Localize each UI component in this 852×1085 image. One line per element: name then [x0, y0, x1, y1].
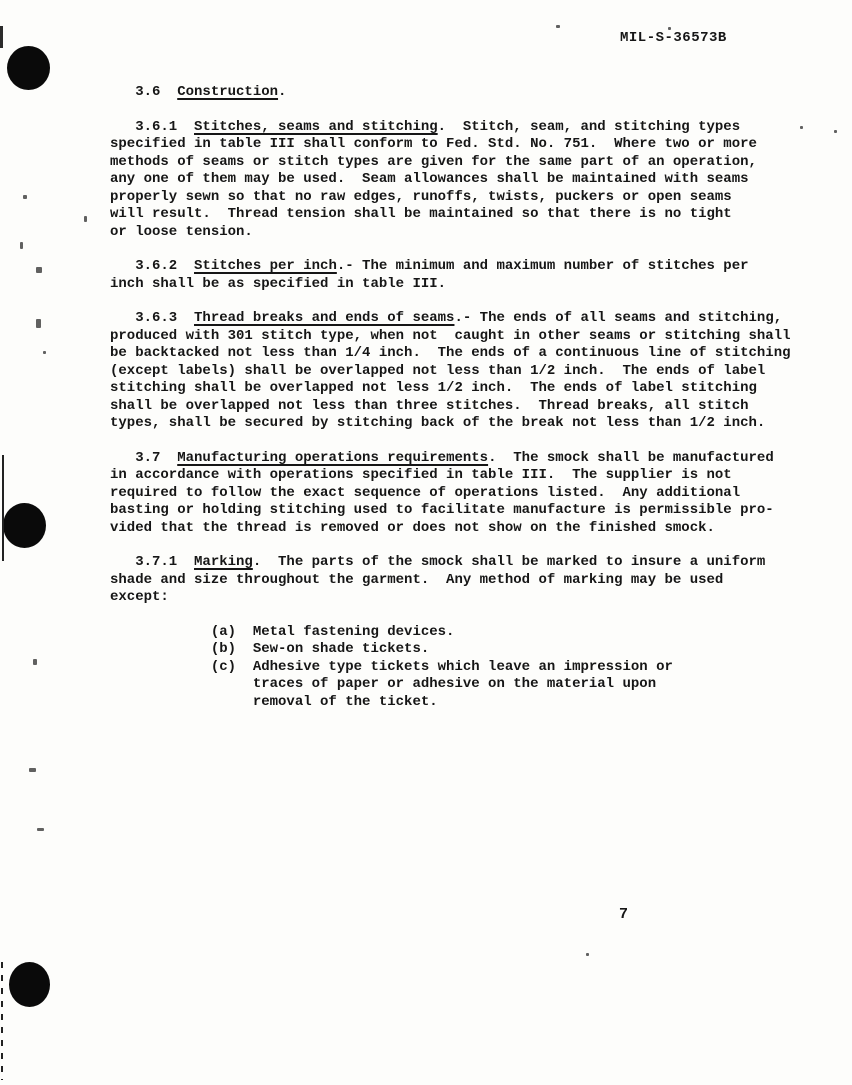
section-3.6.3: 3.6.3 Thread breaks and ends of seams.- … [110, 310, 822, 433]
punch-hole-top [7, 46, 50, 90]
scan-speck [586, 953, 589, 956]
text-line: except: [110, 589, 822, 607]
text-line: specified in table III shall conform to … [110, 136, 822, 154]
punch-hole-middle [3, 503, 46, 548]
scan-edge-dashes [1, 962, 3, 1080]
text-line: types, shall be secured by stitching bac… [110, 415, 822, 433]
scanned-document-page: MIL-S-36573B 3.6 Construction. 3.6.1 Sti… [0, 0, 852, 1085]
text-line: inch shall be as specified in table III. [110, 276, 822, 294]
list-item-line: (c) Adhesive type tickets which leave an… [110, 659, 822, 677]
section-title: Stitches per inch [194, 258, 337, 274]
section-3.6: 3.6 Construction. [110, 84, 822, 102]
text-line: 3.7 Manufacturing operations requirement… [110, 450, 822, 468]
text-line: (except labels) shall be overlapped not … [110, 363, 822, 381]
scan-speck [43, 351, 46, 354]
text-line: 3.6 Construction. [110, 84, 822, 102]
scan-speck [37, 828, 44, 831]
section-title: Marking [194, 554, 253, 570]
scan-speck [556, 25, 560, 28]
section-3.7: 3.7 Manufacturing operations requirement… [110, 450, 822, 538]
scan-speck [23, 195, 27, 199]
text-line: any one of them may be used. Seam allowa… [110, 171, 822, 189]
text-line: 3.6.2 Stitches per inch.- The minimum an… [110, 258, 822, 276]
section-3.7.1: 3.7.1 Marking. The parts of the smock sh… [110, 554, 822, 607]
text-line: required to follow the exact sequence of… [110, 485, 822, 503]
punch-hole-bottom [9, 962, 50, 1007]
section-title: Thread breaks and ends of seams [194, 310, 454, 326]
document-number: MIL-S-36573B [620, 30, 727, 46]
scan-speck [36, 319, 41, 328]
list-item-line: (a) Metal fastening devices. [110, 624, 822, 642]
text-line: vided that the thread is removed or does… [110, 520, 822, 538]
text-line: basting or holding stitching used to fac… [110, 502, 822, 520]
scan-speck [834, 130, 837, 133]
scan-speck [84, 216, 87, 222]
scan-speck [29, 768, 36, 772]
text-line: 3.7.1 Marking. The parts of the smock sh… [110, 554, 822, 572]
section-3.6.1: 3.6.1 Stitches, seams and stitching. Sti… [110, 119, 822, 242]
page-number: 7 [619, 906, 628, 923]
list-item-line: traces of paper or adhesive on the mater… [110, 676, 822, 694]
text-line: properly sewn so that no raw edges, runo… [110, 189, 822, 207]
text-line: be backtacked not less than 1/4 inch. Th… [110, 345, 822, 363]
text-line: methods of seams or stitch types are giv… [110, 154, 822, 172]
scan-speck [20, 242, 23, 249]
list-item-line: (b) Sew-on shade tickets. [110, 641, 822, 659]
section-title: Manufacturing operations requirements [177, 450, 488, 466]
text-line: will result. Thread tension shall be mai… [110, 206, 822, 224]
scan-edge-mark [0, 26, 3, 48]
scan-edge-line [2, 455, 4, 561]
text-line: produced with 301 stitch type, when not … [110, 328, 822, 346]
text-line: stitching shall be overlapped not less 1… [110, 380, 822, 398]
text-line: 3.6.3 Thread breaks and ends of seams.- … [110, 310, 822, 328]
text-line: 3.6.1 Stitches, seams and stitching. Sti… [110, 119, 822, 137]
section-title: Construction [177, 84, 278, 100]
scan-speck [33, 659, 37, 665]
document-body: 3.6 Construction. 3.6.1 Stitches, seams … [110, 84, 822, 728]
scan-speck [36, 267, 42, 273]
exceptions-list: (a) Metal fastening devices. (b) Sew-on … [110, 624, 822, 712]
text-line: in accordance with operations specified … [110, 467, 822, 485]
section-title: Stitches, seams and stitching [194, 119, 438, 135]
list-item-line: removal of the ticket. [110, 694, 822, 712]
text-line: or loose tension. [110, 224, 822, 242]
text-line: shall be overlapped not less than three … [110, 398, 822, 416]
section-3.6.2: 3.6.2 Stitches per inch.- The minimum an… [110, 258, 822, 293]
text-line: shade and size throughout the garment. A… [110, 572, 822, 590]
